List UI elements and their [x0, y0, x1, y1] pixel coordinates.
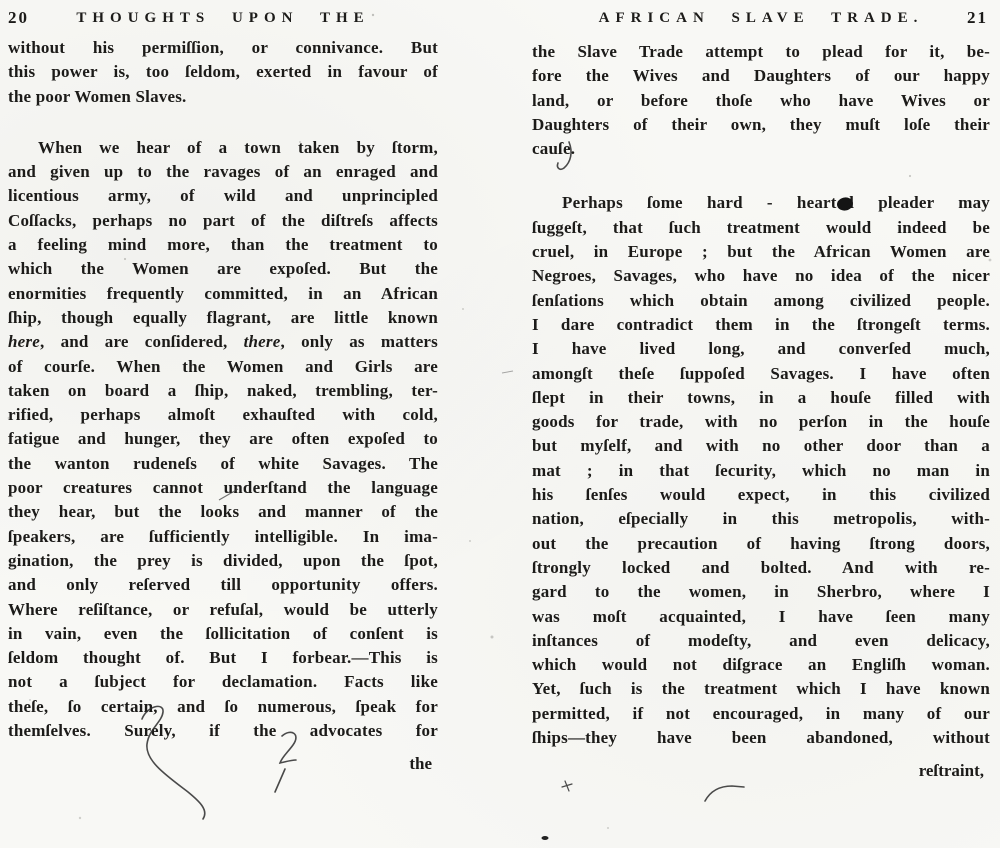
text-line: gination, the prey is divided, upon the … [8, 549, 438, 573]
right-page-header: AFRICAN SLAVE TRADE. 21 [532, 8, 990, 28]
right-page-number: 21 [967, 8, 988, 28]
text-line: taken on board a ſhip, naked, trembling,… [8, 379, 438, 403]
text-line: they hear, but the looks and manner of t… [8, 500, 438, 524]
text-line: theſe, ſo certain, and ſo numerous, ſpea… [8, 695, 438, 719]
text-line: Perhaps ſome hard - hearted pleader may [532, 191, 990, 215]
text-line: not a ſubject for declamation. Facts lik… [8, 670, 438, 694]
text-line: When we hear of a town taken by ſtorm, [8, 136, 438, 160]
text-line: ſhip, though equally flagrant, are littl… [8, 306, 438, 330]
text-line: and only reſerved till opportunity offer… [8, 573, 438, 597]
text-line: Daughters of their own, they muſt loſe t… [532, 113, 990, 137]
text-line: a feeling mind more, than the treatment … [8, 233, 438, 257]
text-line: the wanton rudeneſs of white Savages. Th… [8, 452, 438, 476]
right-running-title: AFRICAN SLAVE TRADE. [599, 10, 924, 26]
text-line: ſtrongly locked and bolted. And with re- [532, 556, 990, 580]
left-running-title: THOUGHTS UPON THE [76, 10, 369, 26]
right-catchword: reſtraint, [532, 759, 990, 783]
text-line: permitted, if not encouraged, in many of… [532, 702, 990, 726]
text-line: I dare contradict them in the ſtrongeſt … [532, 313, 990, 337]
right-page: AFRICAN SLAVE TRADE. 21 the Slave Trade … [532, 0, 990, 848]
right-page-text: the Slave Trade attempt to plead for it,… [532, 40, 990, 750]
text-line: which the Women are expoſed. But the [8, 257, 438, 281]
text-line: land, or before thoſe who have Wives or [532, 89, 990, 113]
text-line: ſhips—they have been abandoned, without [532, 726, 990, 750]
text-line: Negroes, Savages, who have no idea of th… [532, 264, 990, 288]
text-line: Where reſiſtance, or refuſal, would be u… [8, 598, 438, 622]
text-line: without his permiſſion, or connivance. B… [8, 36, 438, 60]
text-line: themſelves. Surely, if the advocates for [8, 719, 438, 743]
text-line: ſeldom thought of. But I forbear.—This i… [8, 646, 438, 670]
text-line: rified, perhaps almoſt exhauſted with co… [8, 403, 438, 427]
text-line: amongſt theſe ſuppoſed Savages. I have o… [532, 362, 990, 386]
text-line: Yet, ſuch is the treatment which I have … [532, 677, 990, 701]
text-line: ſpeakers, are ſufficiently intelligible.… [8, 525, 438, 549]
text-line: cauſe. [532, 137, 990, 161]
text-line: the Slave Trade attempt to plead for it,… [532, 40, 990, 64]
text-line: cruel, in Europe ; but the African Women… [532, 240, 990, 264]
text-line: nation, eſpecially in this metropolis, w… [532, 507, 990, 531]
text-line: licentious army, of wild and unprinciple… [8, 184, 438, 208]
text-line: out the precaution of having ſtrong door… [532, 532, 990, 556]
text-line: mat ; in that ſecurity, which no man in [532, 459, 990, 483]
margin-dash [502, 371, 513, 373]
text-line: in vain, even the ſollicitation of conſe… [8, 622, 438, 646]
text-line: of courſe. When the Women and Girls are [8, 355, 438, 379]
text-line: inſtances of modeſty, and even delicacy, [532, 629, 990, 653]
left-page-number: 20 [8, 8, 29, 28]
left-page: 20 THOUGHTS UPON THE without his permiſſ… [8, 0, 438, 848]
left-page-header: 20 THOUGHTS UPON THE [8, 8, 438, 28]
book-spread: 20 THOUGHTS UPON THE without his permiſſ… [0, 0, 1000, 848]
text-line: fore the Wives and Daughters of our happ… [532, 64, 990, 88]
text-line: enormities frequently committed, in an A… [8, 282, 438, 306]
text-line: his ſenſes would expect, in this civiliz… [532, 483, 990, 507]
text-line: but myſelf, and with no other door than … [532, 434, 990, 458]
text-line: I have lived long, and converſed much, [532, 337, 990, 361]
text-line: fatigue and hunger, they are often expoſ… [8, 427, 438, 451]
text-line: and given up to the ravages of an enrage… [8, 160, 438, 184]
text-line: gard to the women, in Sherbro, where I [532, 580, 990, 604]
text-line: this power is, too ſeldom, exerted in fa… [8, 60, 438, 84]
text-line: ſenſations which obtain among civilized … [532, 289, 990, 313]
left-page-text: without his permiſſion, or connivance. B… [8, 36, 438, 743]
left-catchword: the [8, 752, 438, 776]
text-line: Coſſacks, perhaps no part of the diſtreſ… [8, 209, 438, 233]
text-line: ſuggeſt, that ſuch treatment would indee… [532, 216, 990, 240]
text-line: which would not diſgrace an Engliſh woma… [532, 653, 990, 677]
text-line: poor creatures cannot underſtand the lan… [8, 476, 438, 500]
text-line: here, and are conſidered, there, only as… [8, 330, 438, 354]
text-line: the poor Women Slaves. [8, 85, 438, 109]
text-line: ſlept in their towns, in a houſe filled … [532, 386, 990, 410]
text-line: was moſt acquainted, I have ſeen many [532, 605, 990, 629]
text-line: goods for trade, with no perſon in the h… [532, 410, 990, 434]
